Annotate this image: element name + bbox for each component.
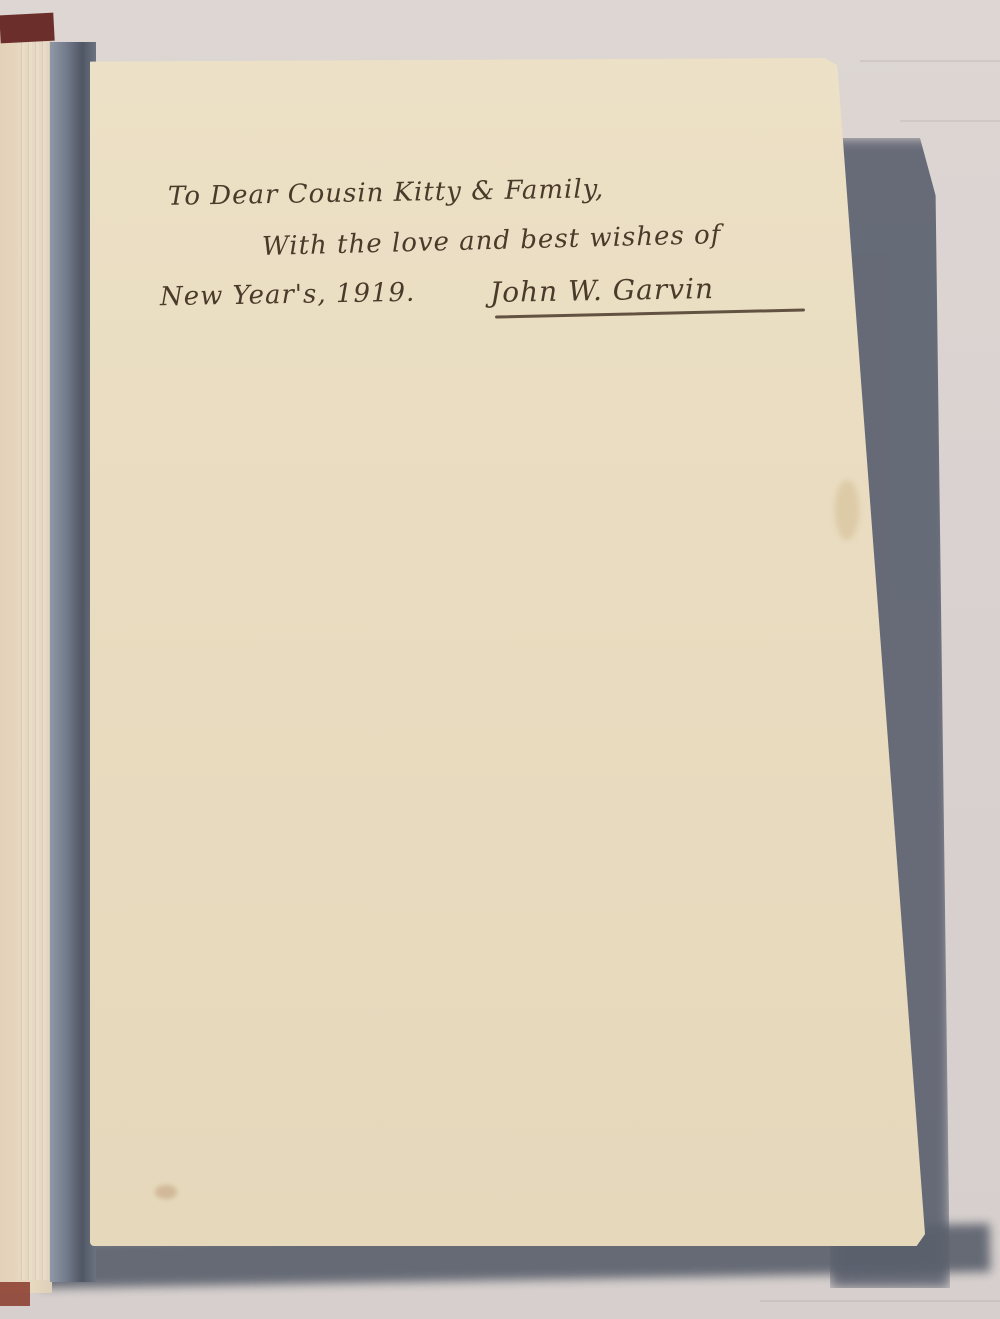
book-cover-corner-top [0, 13, 55, 44]
background-faint-text [860, 60, 1000, 62]
page-stain [835, 480, 859, 540]
background-faint-text [900, 120, 1000, 122]
page-spot [155, 1185, 177, 1199]
book-cover-corner-bottom [0, 1282, 30, 1306]
inscription-signature: John W. Garvin [490, 272, 715, 309]
page-block-texture [18, 40, 50, 1280]
book-hinge [50, 42, 96, 1282]
background-faint-text [760, 1300, 1000, 1302]
inscription-date: New Year's, 1919. [160, 278, 416, 312]
